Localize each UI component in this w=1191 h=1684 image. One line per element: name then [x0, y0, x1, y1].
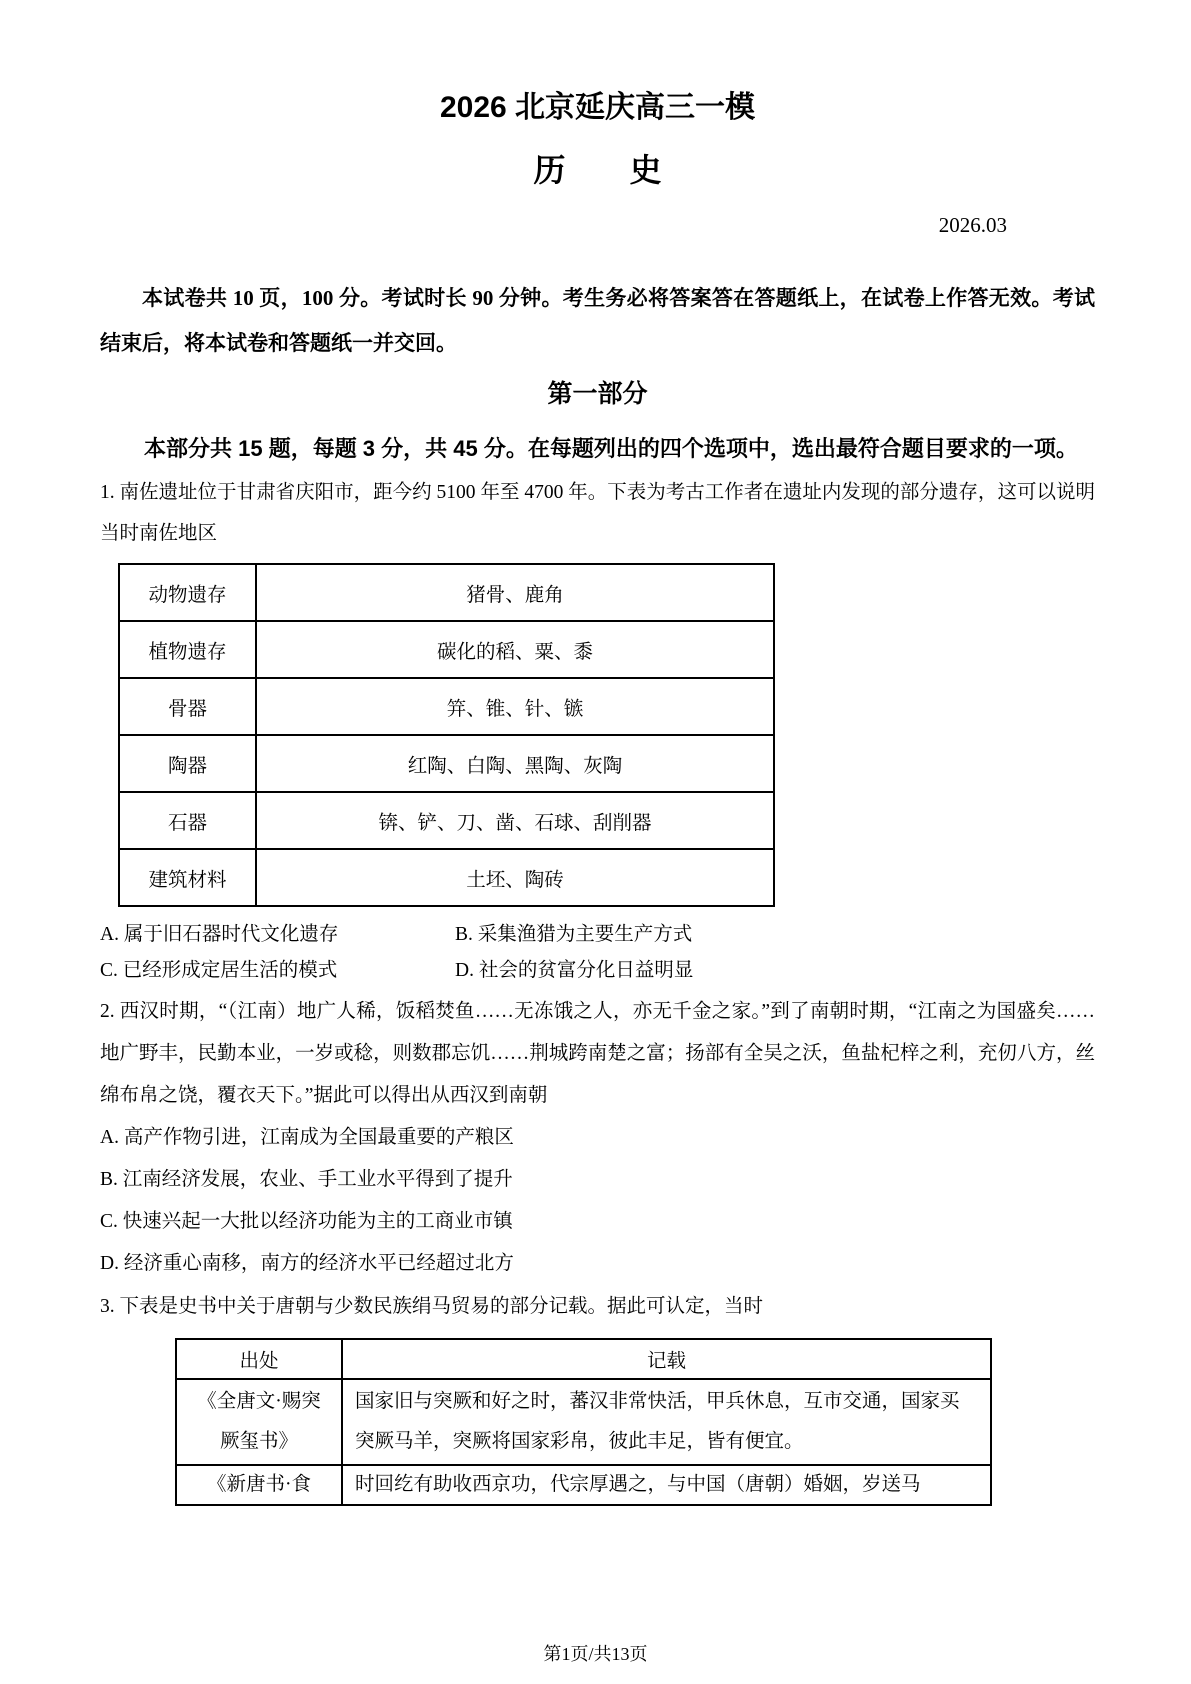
table-row: 陶器 红陶、白陶、黑陶、灰陶: [119, 735, 774, 792]
q1-options-row-1: A. 属于旧石器时代文化遗存 B. 采集渔猎为主要生产方式: [100, 914, 1095, 950]
table-header-row: 出处 记载: [176, 1339, 991, 1379]
q1-option-a: A. 属于旧石器时代文化遗存: [100, 918, 455, 946]
row-label: 植物遗存: [119, 621, 256, 678]
q3-row-source: 《新唐书·食: [176, 1465, 342, 1505]
row-label: 骨器: [119, 678, 256, 735]
page-title: 2026 北京延庆高三一模: [100, 86, 1095, 130]
table-row: 建筑材料 土坯、陶砖: [119, 849, 774, 906]
q1-option-b: B. 采集渔猎为主要生产方式: [455, 918, 692, 946]
row-value: 土坯、陶砖: [256, 849, 774, 906]
subject-title: 历 史: [100, 146, 1095, 194]
question-3-stem: 3. 下表是史书中关于唐朝与少数民族绢马贸易的部分记载。据此可认定，当时: [100, 1287, 1095, 1327]
q3-row-record: 时回纥有助收西京功，代宗厚遇之，与中国（唐朝）婚姻，岁送马: [342, 1465, 991, 1505]
row-label: 石器: [119, 792, 256, 849]
q1-remains-table: 动物遗存 猪骨、鹿角 植物遗存 碳化的稻、粟、黍 骨器 笄、锥、针、镞 陶器 红…: [118, 563, 775, 907]
row-label: 动物遗存: [119, 564, 256, 621]
q2-option-a: A. 高产作物引进，江南成为全国最重要的产粮区: [100, 1117, 1095, 1159]
row-value: 笄、锥、针、镞: [256, 678, 774, 735]
page-number-footer: 第1页/共13页: [0, 1640, 1191, 1666]
q2-option-d: D. 经济重心南移，南方的经济水平已经超过北方: [100, 1243, 1095, 1285]
q3-header-source: 出处: [176, 1339, 342, 1379]
q2-options: A. 高产作物引进，江南成为全国最重要的产粮区 B. 江南经济发展，农业、手工业…: [100, 1117, 1095, 1285]
table-row: 石器 锛、铲、刀、凿、石球、刮削器: [119, 792, 774, 849]
table-row: 骨器 笄、锥、针、镞: [119, 678, 774, 735]
q3-trade-table: 出处 记载 《全唐文·赐突厥玺书》 国家旧与突厥和好之时，蕃汉非常快活，甲兵休息…: [175, 1338, 992, 1506]
question-1-stem: 1. 南佐遗址位于甘肃省庆阳市，距今约 5100 年至 4700 年。下表为考古…: [100, 472, 1095, 554]
question-2-stem: 2. 西汉时期，“（江南）地广人稀，饭稻焚鱼……无冻饿之人，亦无千金之家。”到了…: [100, 991, 1095, 1117]
row-value: 锛、铲、刀、凿、石球、刮削器: [256, 792, 774, 849]
row-value: 碳化的稻、粟、黍: [256, 621, 774, 678]
q1-option-c: C. 已经形成定居生活的模式: [100, 954, 455, 982]
table-row: 动物遗存 猪骨、鹿角: [119, 564, 774, 621]
exam-instructions: 本试卷共 10 页，100 分。考试时长 90 分钟。考生务必将答案答在答题纸上…: [100, 276, 1095, 366]
row-value: 红陶、白陶、黑陶、灰陶: [256, 735, 774, 792]
q3-row-source: 《全唐文·赐突厥玺书》: [176, 1379, 342, 1465]
row-value: 猪骨、鹿角: [256, 564, 774, 621]
table-row: 《全唐文·赐突厥玺书》 国家旧与突厥和好之时，蕃汉非常快活，甲兵休息，互市交通，…: [176, 1379, 991, 1465]
q2-option-c: C. 快速兴起一大批以经济功能为主的工商业市镇: [100, 1201, 1095, 1243]
q3-row-record: 国家旧与突厥和好之时，蕃汉非常快活，甲兵休息，互市交通，国家买突厥马羊，突厥将国…: [342, 1379, 991, 1465]
table-row: 《新唐书·食 时回纥有助收西京功，代宗厚遇之，与中国（唐朝）婚姻，岁送马: [176, 1465, 991, 1505]
q3-header-record: 记载: [342, 1339, 991, 1379]
exam-paper-page: 2026 北京延庆高三一模 历 史 2026.03 本试卷共 10 页，100 …: [0, 0, 1191, 1684]
part-one-description: 本部分共 15 题，每题 3 分，共 45 分。在每题列出的四个选项中，选出最符…: [100, 425, 1095, 472]
q1-option-d: D. 社会的贫富分化日益明显: [455, 954, 693, 982]
table-row: 植物遗存 碳化的稻、粟、黍: [119, 621, 774, 678]
part-one-heading: 第一部分: [100, 376, 1095, 412]
exam-date: 2026.03: [100, 210, 1095, 240]
row-label: 建筑材料: [119, 849, 256, 906]
q1-options-row-2: C. 已经形成定居生活的模式 D. 社会的贫富分化日益明显: [100, 950, 1095, 986]
q2-option-b: B. 江南经济发展，农业、手工业水平得到了提升: [100, 1159, 1095, 1201]
row-label: 陶器: [119, 735, 256, 792]
